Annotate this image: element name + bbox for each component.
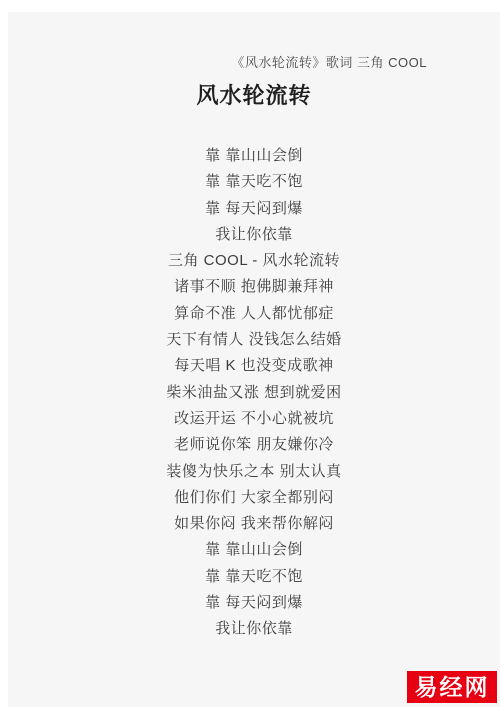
- lyric-line: 他们你们 大家全都别闷: [8, 485, 500, 511]
- page-title: 风水轮流转: [8, 79, 500, 110]
- lyric-line: 我让你依靠: [8, 616, 500, 642]
- lyric-line: 柴米油盐又涨 想到就爱困: [8, 380, 500, 406]
- document-sheet: 《风水轮流转》歌词 三角 COOL 风水轮流转 靠 靠山山会倒靠 靠天吃不饱靠 …: [8, 12, 500, 707]
- lyric-line: 靠 靠天吃不饱: [8, 169, 500, 195]
- lyric-line: 天下有情人 没钱怎么结婚: [8, 327, 500, 353]
- lyric-line: 我让你依靠: [8, 222, 500, 248]
- lyric-line: 每天唱 K 也没变成歌神: [8, 353, 500, 379]
- lyric-line: 如果你闷 我来帮你解闷: [8, 511, 500, 537]
- lyric-line: 靠 靠天吃不饱: [8, 564, 500, 590]
- lyric-line: 靠 每天闷到爆: [8, 590, 500, 616]
- lyric-line: 靠 靠山山会倒: [8, 537, 500, 563]
- lyric-line: 算命不准 人人都忧郁症: [8, 301, 500, 327]
- lyric-line: 老师说你笨 朋友嫌你冷: [8, 432, 500, 458]
- yijing-site-watermark: 易经网: [407, 671, 497, 703]
- lyric-line: 靠 靠山山会倒: [8, 143, 500, 169]
- page-header-caption: 《风水轮流转》歌词 三角 COOL: [8, 52, 427, 71]
- lyrics-block: 靠 靠山山会倒靠 靠天吃不饱靠 每天闷到爆我让你依靠三角 COOL - 风水轮流…: [8, 143, 500, 643]
- lyric-line: 三角 COOL - 风水轮流转: [8, 248, 500, 274]
- lyric-line: 靠 每天闷到爆: [8, 196, 500, 222]
- lyric-line: 装傻为快乐之本 别太认真: [8, 459, 500, 485]
- lyrics-page: 《风水轮流转》歌词 三角 COOL 风水轮流转 靠 靠山山会倒靠 靠天吃不饱靠 …: [0, 0, 500, 707]
- lyric-line: 诸事不顺 抱佛脚兼拜神: [8, 274, 500, 300]
- lyric-line: 改运开运 不小心就被坑: [8, 406, 500, 432]
